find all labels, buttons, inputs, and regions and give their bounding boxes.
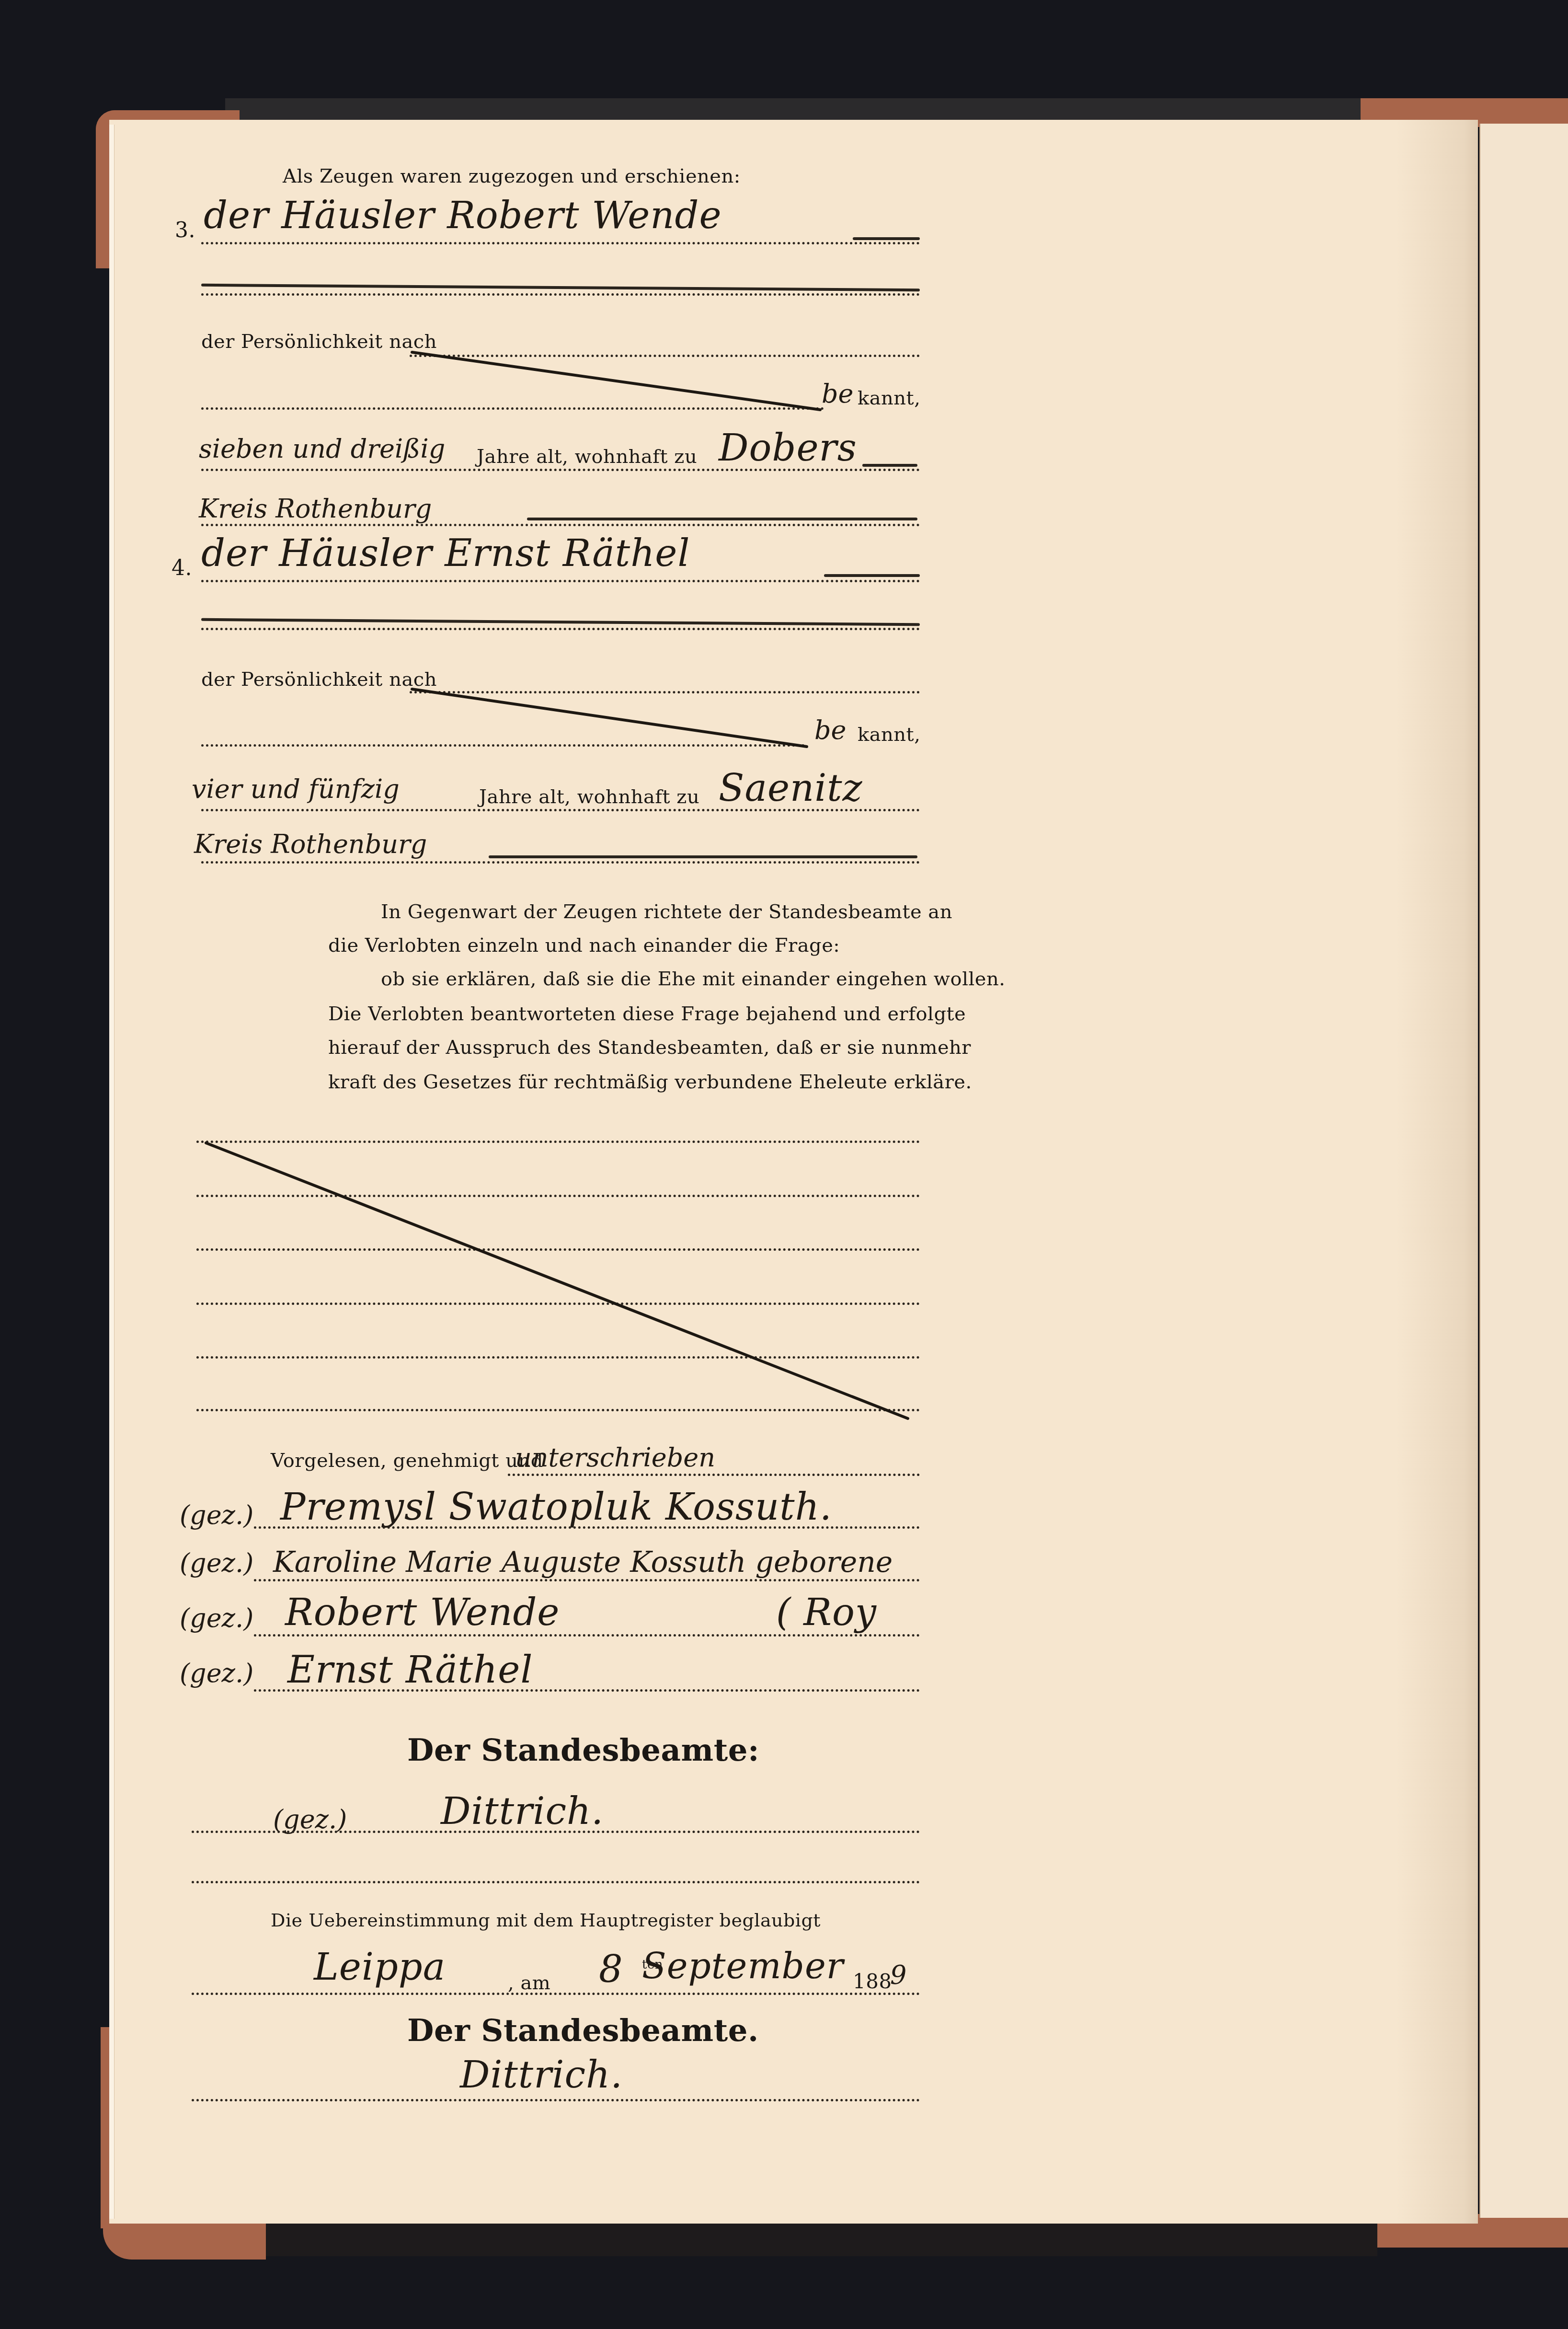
witness-4-identity-line-1 <box>410 691 920 693</box>
witness-3-residence-line <box>201 469 920 471</box>
witness-3-identity-suffix: kannt, <box>858 387 920 409</box>
witness-4-district-line <box>201 861 920 864</box>
blank-line-4 <box>196 1303 920 1305</box>
witness-3-identity-line-1 <box>410 355 920 357</box>
read-approved-line <box>508 1474 920 1476</box>
registrar-title-1: Der Standesbeamte: <box>407 1732 759 1768</box>
certification-day: 8 <box>599 1948 623 1991</box>
signature-2-prefix: (gez.) <box>180 1548 253 1578</box>
signature-4-prefix: (gez.) <box>180 1658 253 1688</box>
witness-3-residence-stroke <box>862 464 917 467</box>
certification-label: Die Uebereinstimmung mit dem Hauptregist… <box>271 1910 821 1931</box>
witness-4-fill-stroke <box>824 574 920 577</box>
certification-line <box>192 1993 920 1995</box>
witness-header: Als Zeugen waren zugezogen und erschiene… <box>283 165 741 187</box>
witness-3-district-line <box>201 524 920 526</box>
witness-4-name: der Häusler Ernst Räthel <box>201 532 690 575</box>
declaration-line-1: In Gegenwart der Zeugen richtete der Sta… <box>381 901 952 923</box>
certification-month: September <box>642 1946 844 1987</box>
signature-3-line <box>254 1634 920 1637</box>
blank-line-3 <box>196 1248 920 1251</box>
witness-4-age-label: Jahre alt, wohnhaft zu <box>479 786 699 808</box>
witness-4-identity-suffix: kannt, <box>858 724 920 746</box>
certification-year-printed: 188 <box>853 1970 892 1993</box>
witness-3-identity-label: der Persönlichkeit nach <box>201 331 437 353</box>
witness-4-blank-line <box>201 628 920 630</box>
witness-3-district: Kreis Rothenburg <box>199 494 432 524</box>
signature-4-name: Ernst Räthel <box>287 1649 533 1692</box>
witness-4-district-stroke <box>489 855 917 858</box>
facing-page-edge <box>1479 124 1568 2218</box>
witness-3-name-line <box>201 242 920 244</box>
witness-3-number: 3. <box>175 218 195 242</box>
registrar-1-line <box>192 1831 920 1833</box>
witness-4-district: Kreis Rothenburg <box>194 829 427 859</box>
witness-4-identity-value: be <box>814 715 847 745</box>
declaration-line-4: Die Verlobten beantworteten diese Frage … <box>328 1003 966 1025</box>
witness-4-identity-label: der Persönlichkeit nach <box>201 669 437 691</box>
witness-3-identity-value: be <box>822 379 854 409</box>
registrar-1-blank-line <box>192 1881 920 1883</box>
declaration-line-3: ob sie erklären, daß sie die Ehe mit ein… <box>381 968 1005 990</box>
witness-3-district-stroke <box>527 518 917 520</box>
signature-1-prefix: (gez.) <box>180 1500 253 1530</box>
witness-4-number: 4. <box>172 556 192 580</box>
signature-1-line <box>254 1526 920 1529</box>
witness-3-residence: Dobers <box>719 427 857 470</box>
registrar-2-signature: Dittrich. <box>460 2053 623 2097</box>
read-approved-handwritten: unterschrieben <box>515 1442 715 1473</box>
witness-3-identity-line-2 <box>201 407 824 410</box>
witness-4-residence: Saenitz <box>719 767 863 810</box>
witness-3-blank-line <box>201 293 920 296</box>
signature-3-name: Robert Wende <box>285 1591 560 1634</box>
registrar-1-signature: Dittrich. <box>441 1790 604 1833</box>
signature-2-name: Karoline Marie Auguste Kossuth geborene <box>273 1545 893 1579</box>
certification-year-handwritten: 9 <box>890 1960 906 1990</box>
registrar-title-2: Der Standesbeamte. <box>407 2013 759 2049</box>
declaration-line-5: hierauf der Ausspruch des Standesbeamten… <box>328 1037 971 1059</box>
witness-4-residence-line <box>201 809 920 811</box>
witness-4-identity-line-2 <box>201 744 805 747</box>
witness-3-fill-stroke <box>853 237 920 240</box>
signature-2-line <box>254 1579 920 1581</box>
declaration-line-2: die Verlobten einzeln und nach einander … <box>328 934 840 957</box>
page-stack-edge <box>109 125 114 2219</box>
registrar-1-prefix: (gez.) <box>273 1804 347 1834</box>
witness-4-age: vier und fünfzig <box>192 774 400 804</box>
blank-line-1 <box>196 1141 920 1143</box>
signature-4-line <box>254 1689 920 1692</box>
read-approved-label: Vorgelesen, genehmigt und <box>271 1450 543 1472</box>
blank-line-2 <box>196 1195 920 1197</box>
declaration-line-6: kraft des Gesetzes für rechtmäßig verbun… <box>328 1071 972 1093</box>
witness-4-name-line <box>201 580 920 582</box>
witness-3-age: sieben und dreißig <box>199 434 445 464</box>
blank-line-5 <box>196 1356 920 1359</box>
witness-3-name: der Häusler Robert Wende <box>204 194 722 237</box>
signature-1-name: Premysl Swatopluk Kossuth. <box>280 1486 832 1529</box>
signature-3-trailing: ( Roy <box>776 1591 877 1634</box>
signature-3-prefix: (gez.) <box>180 1603 253 1633</box>
witness-3-age-label: Jahre alt, wohnhaft zu <box>477 446 697 468</box>
book-cover-bottom-band <box>266 2218 1377 2256</box>
certification-place: Leippa <box>314 1946 446 1989</box>
registrar-2-line <box>192 2099 920 2101</box>
blank-line-6 <box>196 1409 920 1411</box>
certification-am-label: , am <box>508 1972 550 1994</box>
